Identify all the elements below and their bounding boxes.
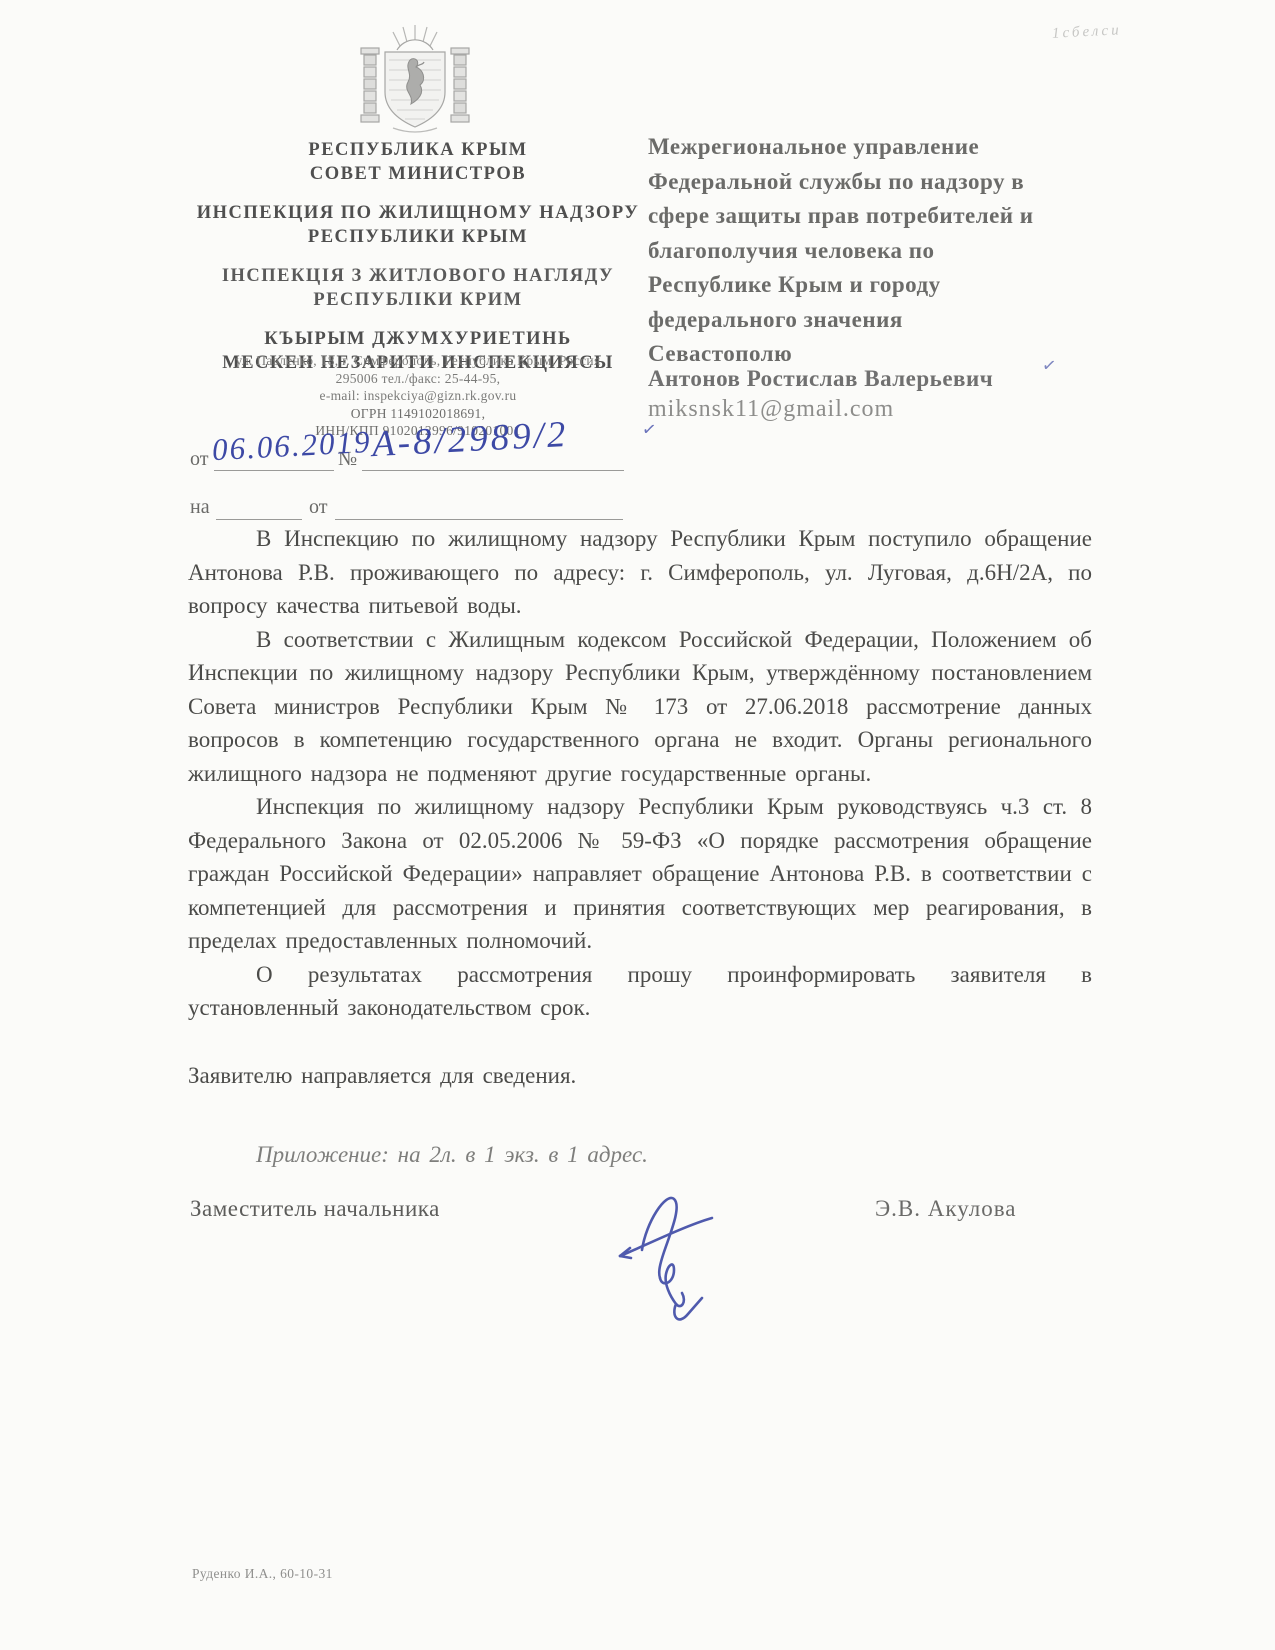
letterhead-ru-block: ИНСПЕКЦИЯ ПО ЖИЛИЩНОМУ НАДЗОРУ РЕСПУБЛИК… [168,201,668,249]
body-paragraph: В Инспекцию по жилищному надзору Республ… [188,522,1092,623]
recipient-email: miksnsk11@gmail.com [648,396,894,423]
ref-from-label: от [190,448,208,471]
pencil-annotation: 1сбелси [1052,22,1122,43]
handwritten-number: А-8/2989/2 [371,413,569,466]
letterhead-line: СОВЕТ МИНИСТРОВ [168,162,668,186]
letter-body: В Инспекцию по жилищному надзору Республ… [188,522,1092,1172]
recipient-org-line: сфере защиты прав потребителей и [648,199,1108,234]
recipient-org-line: Межрегиональное управление [648,130,1108,165]
reply-from-label: от [309,496,327,519]
signer-name: Э.В. Акулова [875,1196,1016,1222]
recipient-org-line: Федеральной службы по надзору в [648,165,1108,200]
letterhead-line: ИНСПЕКЦИЯ ПО ЖИЛИЩНОМУ НАДЗОРУ [168,201,668,225]
scanned-letter-page: 1сбелси [0,0,1275,1650]
address-line: ул. Павленко, 18, г. Симферополь, Респуб… [168,352,668,370]
reply-to-underline [216,518,302,520]
executor-footer: Руденко И.А., 60-10-31 [192,1566,333,1582]
body-paragraph: Инспекция по жилищному надзору Республик… [188,790,1092,958]
recipient-org-line: Республике Крым и городу [648,268,1108,303]
recipient-block: Межрегиональное управление Федеральной с… [648,130,1108,372]
recipient-org-line: федерального значения [648,303,1108,338]
signer-title: Заместитель начальника [190,1196,440,1222]
address-line: 295006 тел./факс: 25-44-95, [168,370,668,388]
letterhead-line: РЕСПУБЛІКИ КРИМ [168,288,668,312]
letterhead-republic-block: РЕСПУБЛИКА КРЫМ СОВЕТ МИНИСТРОВ [168,138,668,186]
address-email-line: e-mail: inspekciya@gizn.rk.gov.ru [168,387,668,405]
pen-check-mark: ✓ [1041,355,1058,377]
letterhead-line: РЕСПУБЛИКИ КРЫМ [168,225,668,249]
letterhead-line: РЕСПУБЛИКА КРЫМ [168,138,668,162]
recipient-name: Антонов Ростислав Валерьевич [648,366,993,392]
body-paragraph: О результатах рассмотрения прошу проинфо… [188,958,1092,1025]
pen-check-mark: ✓ [641,419,658,441]
address-ogrn-line: ОГРН 1149102018691, [168,405,668,423]
recipient-org-line: благополучия человека по [648,234,1108,269]
attachment-note: Приложение: на 2л. в 1 экз. в 1 адрес. [256,1138,1092,1172]
crimea-coat-of-arms-emblem [353,22,477,136]
body-paragraph: В соответствии с Жилищным кодексом Росси… [188,623,1092,791]
handwritten-signature [612,1176,732,1346]
reply-from-underline [335,518,623,520]
signature-graphic [612,1176,732,1346]
letterhead-ua-block: ІНСПЕКЦІЯ З ЖИТЛОВОГО НАГЛЯДУ РЕСПУБЛІКИ… [168,264,668,312]
number-underline [362,469,624,471]
letterhead-line: ІНСПЕКЦІЯ З ЖИТЛОВОГО НАГЛЯДУ [168,264,668,288]
reply-to-label: на [190,496,210,519]
emblem-graphic [353,22,477,136]
body-paragraph: Заявителю направляется для сведения. [188,1059,1092,1093]
letterhead-line: КЪЫРЫМ ДЖУМХУРИЕТИНЬ [168,327,668,351]
date-underline [214,469,334,471]
